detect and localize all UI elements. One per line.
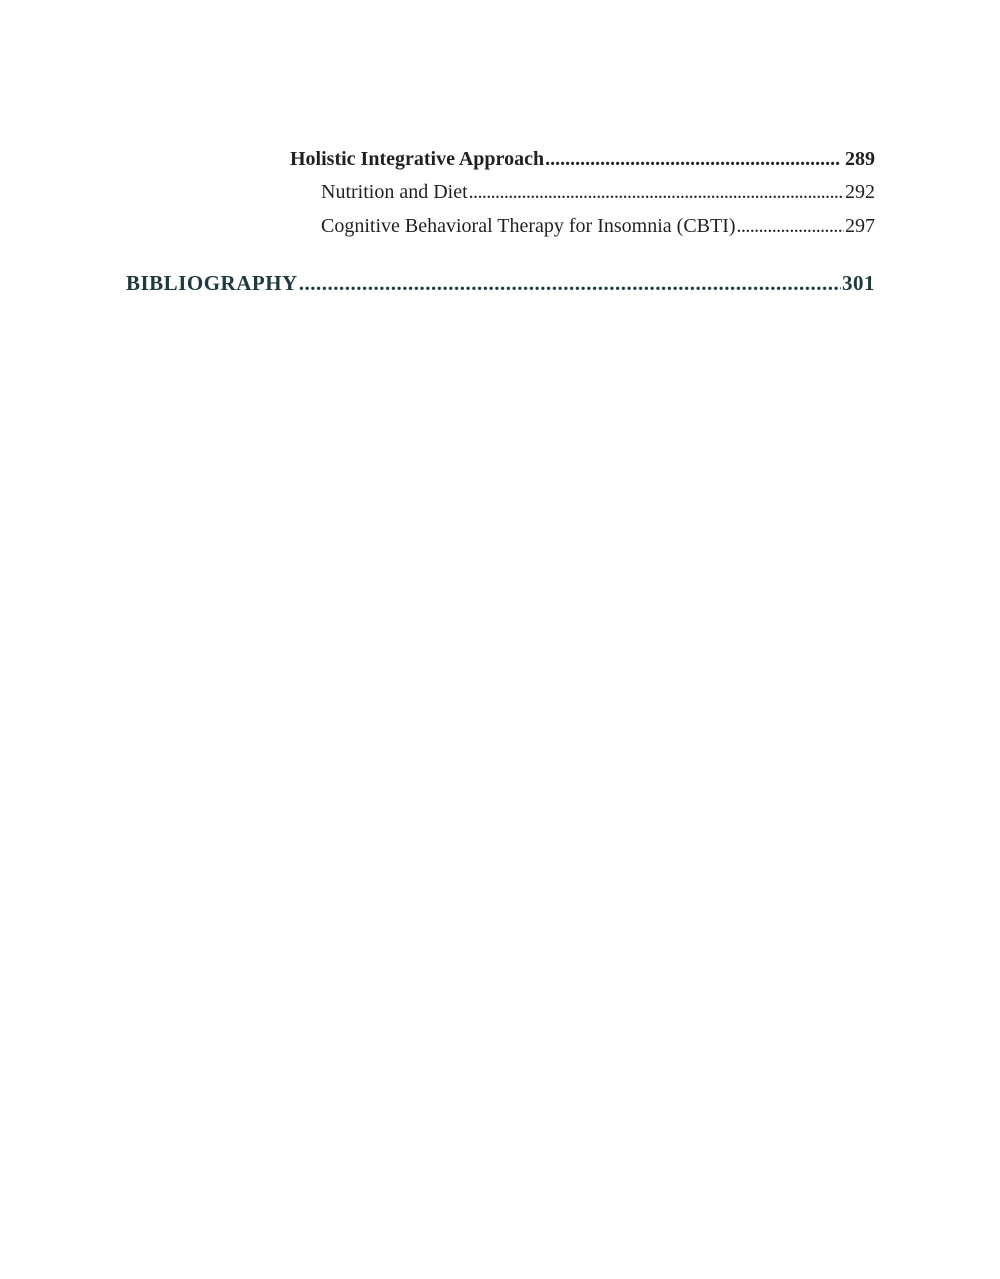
toc-entry-page-number: 297 xyxy=(845,215,875,238)
dot-leader xyxy=(737,215,844,238)
toc-entry-page-number: 301 xyxy=(842,271,875,296)
dot-leader xyxy=(299,271,841,296)
toc-entry-title: Cognitive Behavioral Therapy for Insomni… xyxy=(321,215,736,238)
toc-entry-title: Holistic Integrative Approach xyxy=(290,148,544,171)
dot-leader xyxy=(545,148,840,171)
toc-entry-bibliography[interactable]: BIBLIOGRAPHY 301 xyxy=(126,271,875,296)
toc-entry-nutrition-and-diet[interactable]: Nutrition and Diet 292 xyxy=(321,181,875,204)
toc-entry-title: BIBLIOGRAPHY xyxy=(126,271,298,296)
dot-leader xyxy=(469,181,844,204)
toc-entry-title: Nutrition and Diet xyxy=(321,181,468,204)
toc-entry-cbti[interactable]: Cognitive Behavioral Therapy for Insomni… xyxy=(321,215,875,238)
toc-entry-holistic-integrative-approach[interactable]: Holistic Integrative Approach 289 xyxy=(290,148,875,171)
toc-entry-page-number: 289 xyxy=(841,148,875,171)
toc-entry-page-number: 292 xyxy=(845,181,875,204)
